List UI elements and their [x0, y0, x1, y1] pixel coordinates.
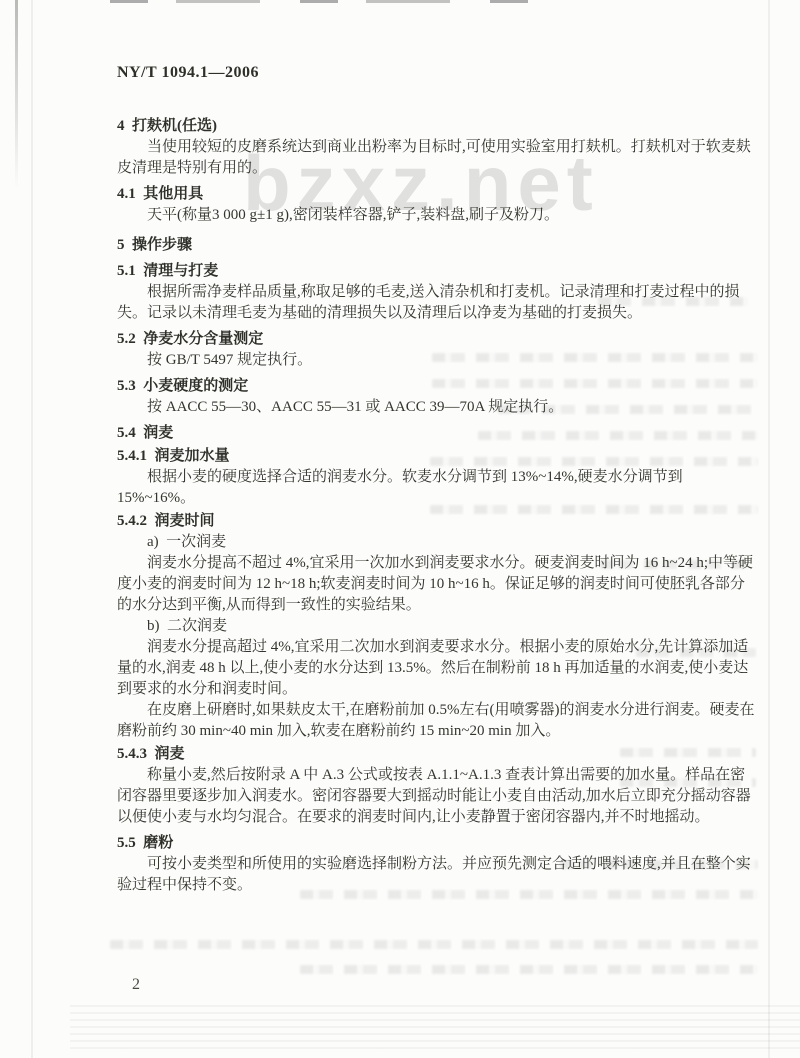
clause-5-2-heading: 5.2 净麦水分含量测定	[117, 329, 757, 350]
clause-5-4-2-heading: 5.4.2 润麦时间	[117, 511, 757, 532]
clause-4-1-paragraph: 天平(称量3 000 g±1 g),密闭装样容器,铲子,装料盘,刷子及粉刀。	[117, 205, 757, 226]
clause-5-4-3-heading: 5.4.3 润麦	[117, 744, 757, 765]
clause-5-4-1-paragraph: 根据小麦的硬度选择合适的润麦水分。软麦水分调节到 13%~14%,硬麦水分调节到…	[117, 467, 757, 509]
scan-edge-left-artifact	[15, 0, 18, 190]
clause-5-4-heading: 5.4 润麦	[117, 423, 757, 444]
clause-4-heading: 4 打麸机(任选)	[117, 116, 757, 137]
clause-4-1-heading: 4.1 其他用具	[117, 184, 757, 205]
clause-5-5-heading: 5.5 磨粉	[117, 833, 757, 854]
scan-left-hairline	[31, 0, 33, 1058]
clause-5-1-paragraph: 根据所需净麦样品质量,称取足够的毛麦,送入清杂机和打麦机。记录清理和打麦过程中的…	[117, 282, 757, 324]
clause-5-1-heading: 5.1 清理与打麦	[117, 261, 757, 282]
bleed-through-artifact	[110, 940, 758, 949]
scan-bottom-streaks	[70, 1005, 800, 1050]
clause-5-3-heading: 5.3 小麦硬度的测定	[117, 376, 757, 397]
list-item-a: a) 一次润麦	[117, 532, 757, 553]
scan-edge-top-artifact	[110, 0, 530, 3]
standard-code: NY/T 1094.1—2006	[117, 62, 757, 83]
clause-4-paragraph: 当使用较短的皮磨系统达到商业出粉率为目标时,可使用实验室用打麸机。打麸机对于软麦…	[117, 137, 757, 179]
clause-5-3-paragraph: 按 AACC 55—30、AACC 55—31 或 AACC 39—70A 规定…	[117, 397, 757, 418]
clause-5-5-paragraph: 可按小麦类型和所使用的实验磨选择制粉方法。并应预先测定合适的喂料速度,并且在整个…	[117, 854, 757, 896]
list-item-a-paragraph: 润麦水分提高不超过 4%,宜采用一次加水到润麦要求水分。硬麦润麦时间为 16 h…	[117, 553, 757, 616]
clause-5-4-3-paragraph: 称量小麦,然后按附录 A 中 A.3 公式或按表 A.1.1~A.1.3 查表计…	[117, 765, 757, 828]
bleed-through-artifact	[300, 965, 758, 974]
page-number: 2	[132, 976, 140, 994]
list-item-b: b) 二次润麦	[117, 616, 757, 637]
list-item-b-paragraph-2: 在皮磨上研磨时,如果麸皮太干,在磨粉前加 0.5%左右(用喷雾器)的润麦水分进行…	[117, 700, 757, 742]
list-item-b-paragraph-1: 润麦水分提高超过 4%,宜采用二次加水到润麦要求水分。根据小麦的原始水分,先计算…	[117, 637, 757, 700]
clause-5-heading: 5 操作步骤	[117, 235, 757, 256]
clause-5-4-1-heading: 5.4.1 润麦加水量	[117, 446, 757, 467]
clause-5-2-paragraph: 按 GB/T 5497 规定执行。	[117, 350, 757, 371]
document-page: NY/T 1094.1—2006 4 打麸机(任选) 当使用较短的皮磨系统达到商…	[117, 62, 757, 896]
